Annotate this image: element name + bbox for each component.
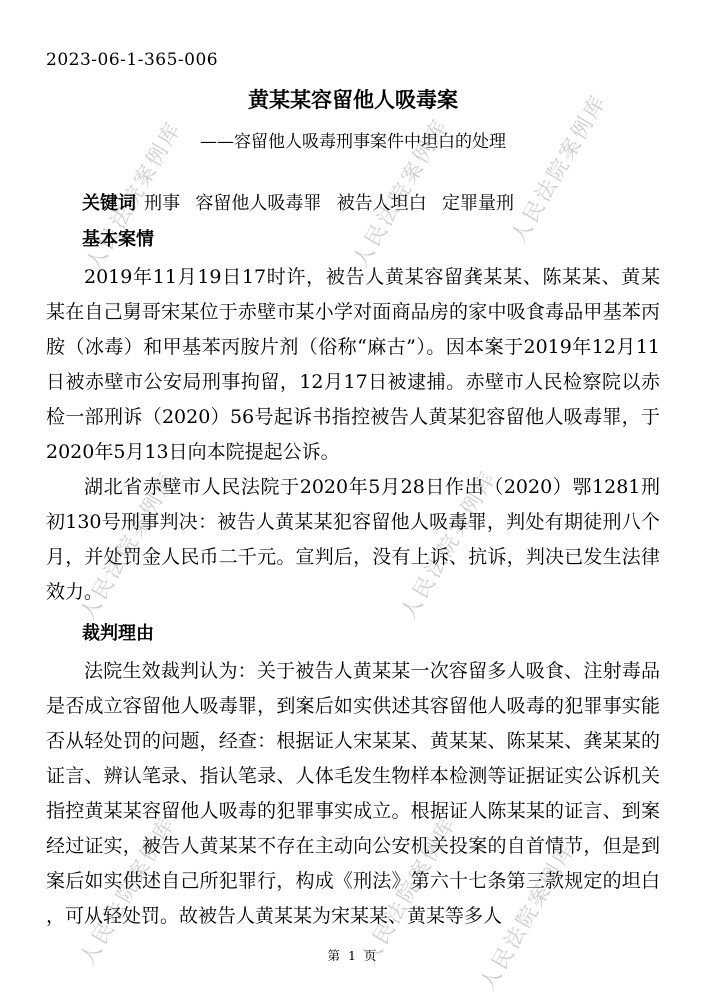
- document-page: 人民法院案例库人民法院案例库人民法院案例库人民法院案例库人民法院案例库人民法院案…: [0, 0, 706, 999]
- body-paragraph: 湖北省赤壁市人民法院于2020年5月28日作出（2020）鄂1281刑初130号…: [46, 470, 660, 610]
- case-reference-number: 2023-06-1-365-006: [46, 50, 218, 70]
- keyword-item: 被告人坦白: [337, 193, 427, 214]
- section-heading: 基本案情: [46, 228, 660, 252]
- body-paragraph: 法院生效裁判认为：关于被告人黄某某一次容留多人吸食、注射毒品是否成立容留他人吸毒…: [46, 654, 660, 934]
- case-title: 黄某某容留他人吸毒案: [0, 84, 706, 114]
- keyword-item: 容留他人吸毒罪: [195, 193, 321, 214]
- keywords-line: 关键词刑事容留他人吸毒罪被告人坦白定罪量刑: [46, 192, 660, 216]
- document-flow: 关键词刑事容留他人吸毒罪被告人坦白定罪量刑 基本案情2019年11月19日17时…: [46, 192, 660, 934]
- keyword-item: 定罪量刑: [442, 193, 514, 214]
- body-paragraph: 2019年11月19日17时许，被告人黄某容留龚某某、陈某某、黄某某在自己舅哥宋…: [46, 260, 660, 470]
- section-heading: 裁判理由: [46, 622, 660, 646]
- case-subtitle: ——容留他人吸毒刑事案件中坦白的处理: [0, 127, 706, 152]
- page-number-footer: 第 1 页: [0, 946, 706, 964]
- keywords-label: 关键词: [82, 193, 136, 214]
- keywords-items: 刑事容留他人吸毒罪被告人坦白定罪量刑: [144, 193, 529, 214]
- document-body: 基本案情2019年11月19日17时许，被告人黄某容留龚某某、陈某某、黄某某在自…: [46, 228, 660, 934]
- document-content: 2023-06-1-365-006 黄某某容留他人吸毒案 ——容留他人吸毒刑事案…: [0, 0, 706, 999]
- keyword-item: 刑事: [144, 193, 180, 214]
